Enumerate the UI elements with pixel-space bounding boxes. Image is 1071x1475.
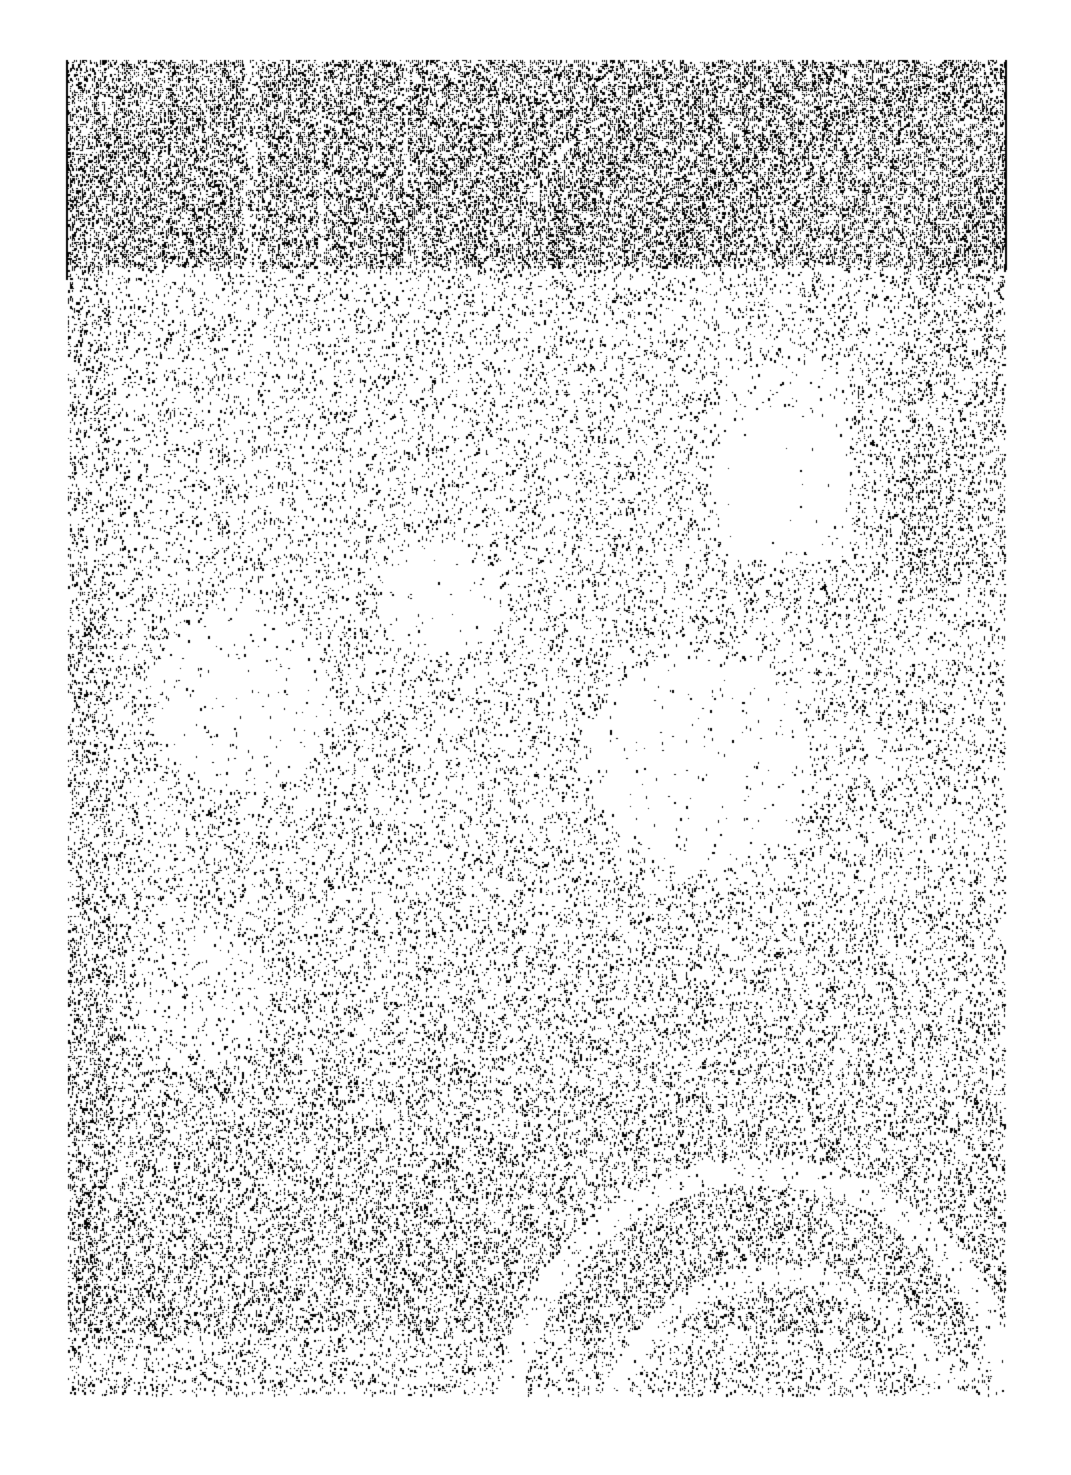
- stipple-canvas: [0, 0, 1071, 1475]
- dithered-scan-image: [0, 0, 1071, 1475]
